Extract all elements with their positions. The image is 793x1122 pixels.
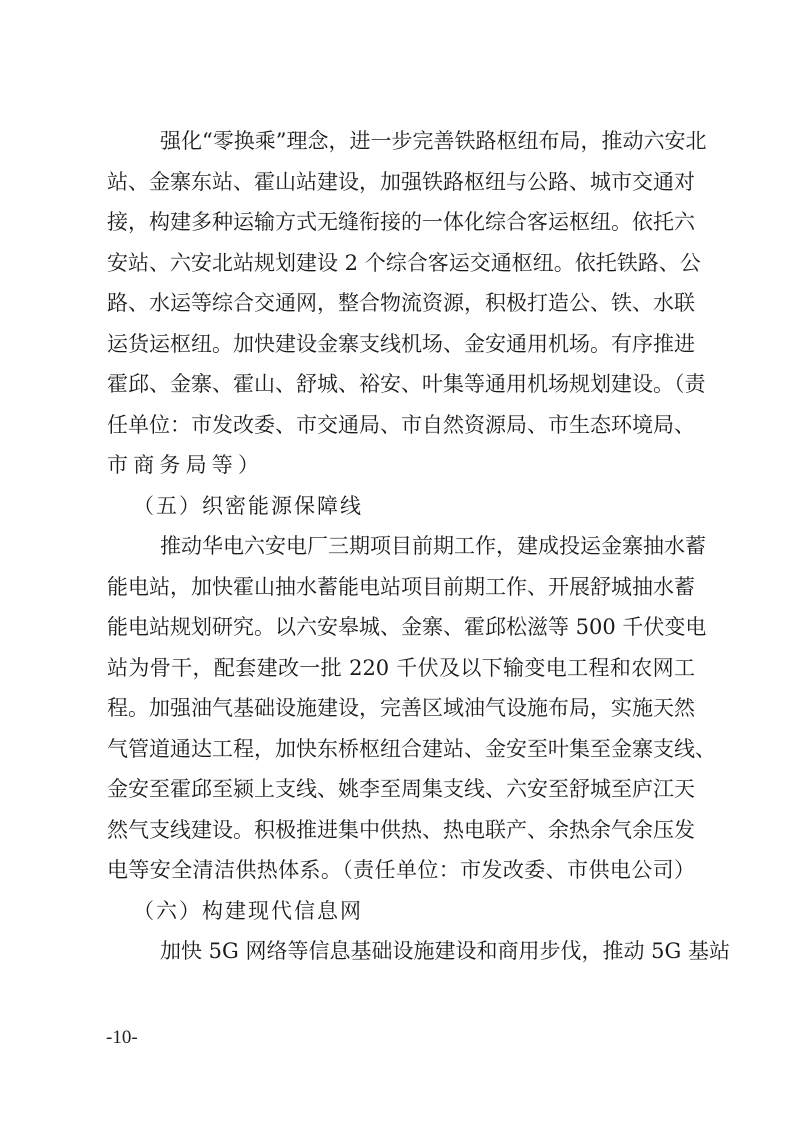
paragraph-line: 程。加强油气基础设施建设，完善区域油气设施布局，实施天然: [107, 691, 695, 725]
paragraph-line: 气管道通达工程，加快东桥枢纽合建站、金安至叶集至金寨支线、: [107, 732, 695, 766]
paragraph-line: 然气支线建设。积极推进集中供热、热电联产、余热余气余压发: [107, 813, 695, 847]
paragraph-line: 接，构建多种运输方式无缝衔接的一体化综合客运枢纽。依托六: [107, 205, 695, 239]
paragraph-line: 安站、六安北站规划建设 2 个综合客运交通枢纽。依托铁路、公: [107, 246, 695, 280]
paragraph-line: 强化“零换乘”理念，进一步完善铁路枢纽布局，推动六安北: [160, 124, 695, 158]
section-heading-6: （六）构建现代信息网: [133, 894, 363, 928]
page-number: -10-: [106, 1026, 138, 1050]
paragraph-line: 市商务局等）: [107, 448, 695, 482]
paragraph-line: 推动华电六安电厂三期项目前期工作，建成投运金寨抽水蓄: [160, 529, 695, 563]
paragraph-line: 电等安全清洁供热体系。（责任单位：市发改委、市供电公司）: [107, 853, 695, 887]
paragraph-line: 运货运枢纽。加快建设金寨支线机场、金安通用机场。有序推进: [107, 327, 695, 361]
paragraph-line: 能电站，加快霍山抽水蓄能电站项目前期工作、开展舒城抽水蓄: [107, 570, 695, 604]
section-heading-5: （五）织密能源保障线: [133, 489, 363, 523]
paragraph-line: 霍邱、金寨、霍山、舒城、裕安、叶集等通用机场规划建设。（责: [107, 367, 695, 401]
paragraph-line: 任单位：市发改委、市交通局、市自然资源局、市生态环境局、: [107, 408, 695, 442]
paragraph-line: 能电站规划研究。以六安皋城、金寨、霍邱松滋等 500 千伏变电: [107, 610, 695, 644]
document-page: 强化“零换乘”理念，进一步完善铁路枢纽布局，推动六安北 站、金寨东站、霍山站建设…: [0, 0, 793, 1122]
paragraph-line: 路、水运等综合交通网，整合物流资源，积极打造公、铁、水联: [107, 286, 695, 320]
paragraph-line: 站为骨干，配套建改一批 220 千伏及以下输变电工程和农网工: [107, 651, 695, 685]
paragraph-line: 金安至霍邱至颍上支线、姚李至周集支线、六安至舒城至庐江天: [107, 772, 695, 806]
paragraph-line: 站、金寨东站、霍山站建设，加强铁路枢纽与公路、城市交通对: [107, 165, 695, 199]
paragraph-line: 加快 5G 网络等信息基础设施建设和商用步伐，推动 5G 基站: [160, 934, 695, 968]
